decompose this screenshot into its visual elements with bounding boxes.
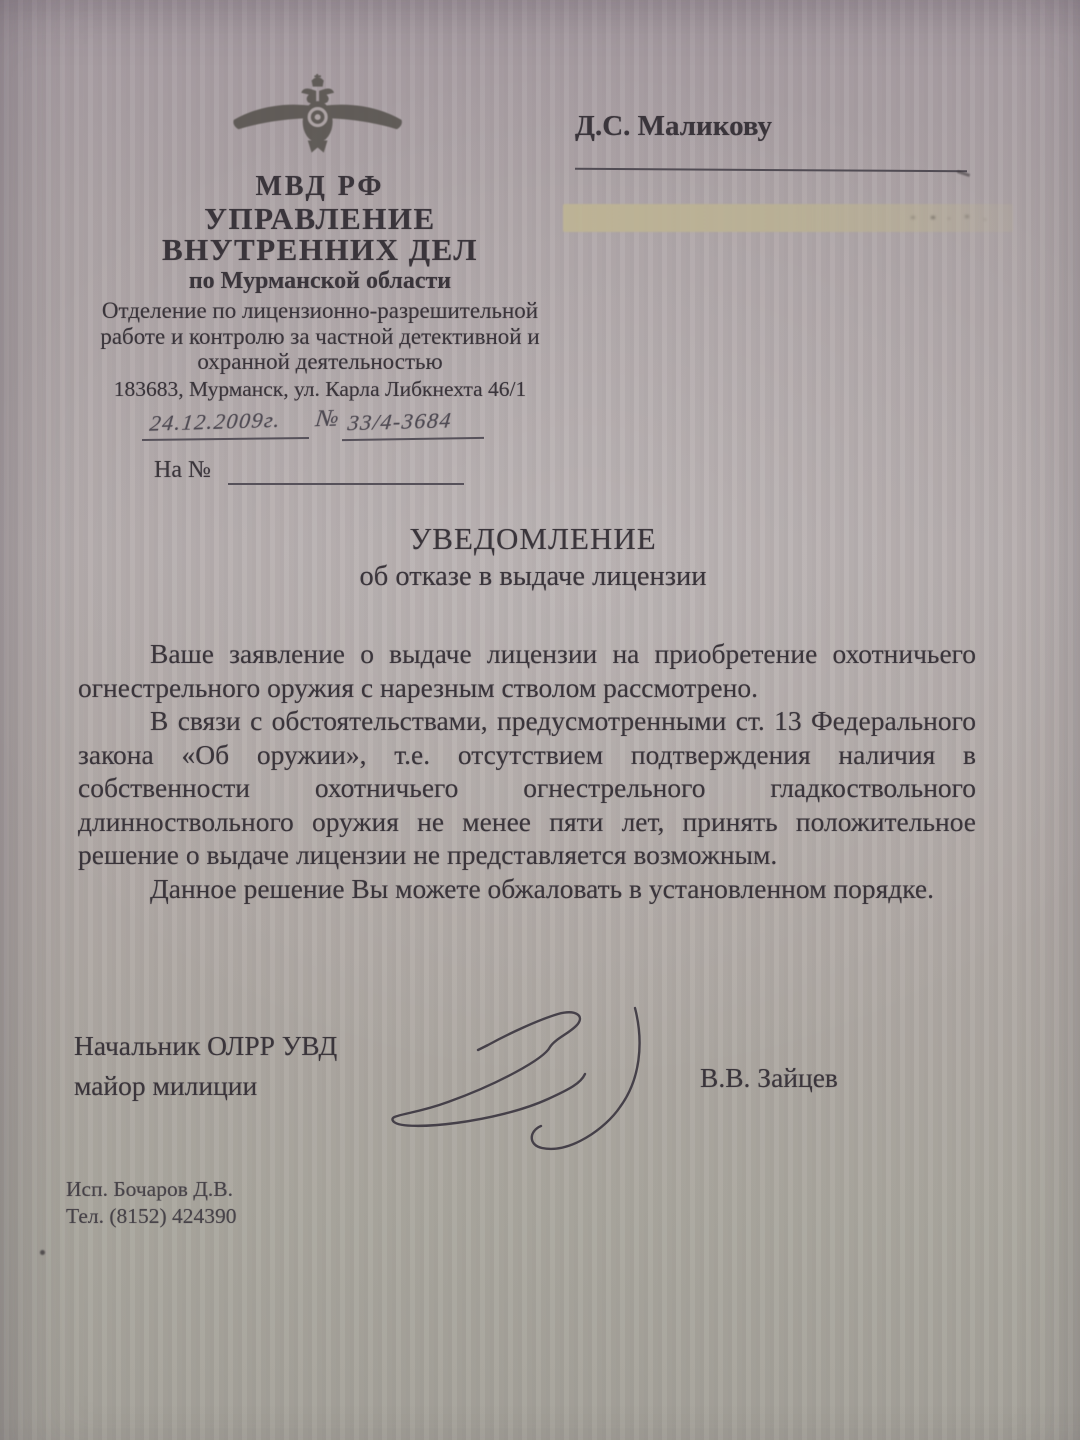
mvd-eagle-emblem-icon bbox=[231, 72, 409, 164]
document-title-block: УВЕДОМЛЕНИЕ об отказе в выдаче лицензии bbox=[0, 521, 1066, 593]
body-paragraph: Ваше заявление о выдаче лицензии на прио… bbox=[78, 637, 976, 704]
handwritten-outgoing-number: 33/4-3684 bbox=[346, 407, 453, 436]
number-underline bbox=[342, 436, 484, 440]
letterhead-department-line1: УПРАВЛЕНИЕ bbox=[60, 203, 580, 234]
reference-row: На № bbox=[60, 457, 580, 491]
signatory-position-line2: майор милиции bbox=[74, 1066, 337, 1106]
letterhead-address: 183683, Мурманск, ул. Карла Либкнехта 46… bbox=[60, 377, 580, 402]
letterhead: МВД РФ УПРАВЛЕНИЕ ВНУТРЕННИХ ДЕЛ по Мурм… bbox=[60, 72, 580, 491]
redaction-strip bbox=[563, 204, 1013, 232]
document-title: УВЕДОМЛЕНИЕ bbox=[0, 521, 1066, 557]
executor-name: Исп. Бочаров Д.В. bbox=[66, 1176, 237, 1203]
handwritten-date: 24.12.2009г. bbox=[148, 407, 282, 437]
scan-artifact-dash bbox=[957, 170, 970, 177]
division-line: работе и контролю за частной детективной… bbox=[60, 324, 580, 350]
letterhead-ministry: МВД РФ bbox=[60, 171, 580, 203]
letterhead-division: Отделение по лицензионно-разрешительной … bbox=[60, 298, 580, 375]
document-subtitle: об отказе в выдаче лицензии bbox=[0, 561, 1066, 593]
handwritten-signature-icon bbox=[378, 998, 648, 1160]
body-paragraph: В связи с обстоятельствами, предусмотрен… bbox=[78, 704, 976, 872]
division-line: Отделение по лицензионно-разрешительной bbox=[60, 298, 580, 324]
division-line: охранной деятельностью bbox=[60, 349, 580, 375]
scanned-letter-page: МВД РФ УПРАВЛЕНИЕ ВНУТРЕННИХ ДЕЛ по Мурм… bbox=[0, 0, 1080, 1440]
letterhead-department-line2: ВНУТРЕННИХ ДЕЛ bbox=[60, 234, 580, 265]
signatory-position: Начальник ОЛРР УВД майор милиции bbox=[74, 1026, 337, 1106]
signatory-position-line1: Начальник ОЛРР УВД bbox=[74, 1026, 337, 1066]
executor-footer: Исп. Бочаров Д.В. Тел. (8152) 424390 bbox=[66, 1176, 237, 1230]
letterhead-region: по Мурманской области bbox=[60, 268, 580, 295]
executor-phone: Тел. (8152) 424390 bbox=[66, 1203, 237, 1230]
addressee-name: Д.С. Маликову bbox=[575, 110, 772, 143]
signatory-name: В.В. Зайцев bbox=[700, 1062, 838, 1094]
number-sign: № bbox=[314, 405, 341, 433]
body-paragraph: Данное решение Вы можете обжаловать в ус… bbox=[78, 872, 976, 906]
date-underline bbox=[142, 436, 309, 440]
reference-underline bbox=[228, 483, 464, 485]
date-number-row: 24.12.2009г. № 33/4-3684 bbox=[60, 407, 580, 457]
addressee-underline bbox=[575, 168, 967, 172]
scan-artifact-dot bbox=[40, 1250, 45, 1255]
letter-body: Ваше заявление о выдаче лицензии на прио… bbox=[78, 637, 976, 905]
reference-label: На № bbox=[154, 457, 211, 484]
